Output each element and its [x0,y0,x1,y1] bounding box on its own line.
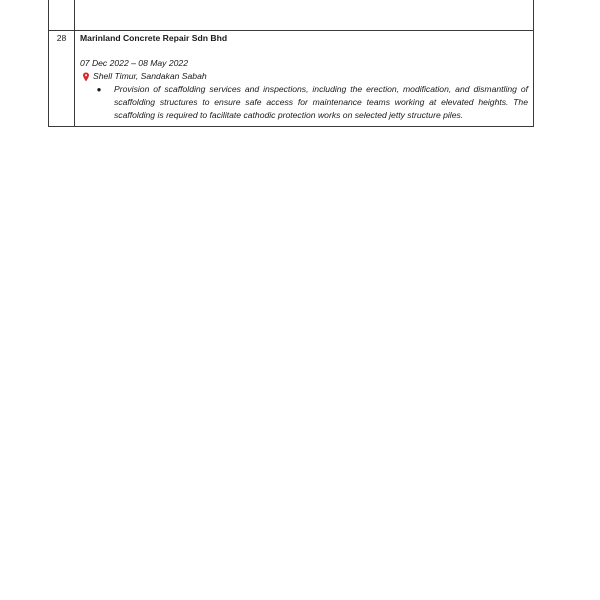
location-text: Shell Timur, Sandakan Sabah [93,70,207,83]
scope-list: ● Provision of scaffolding services and … [80,83,528,122]
location: Shell Timur, Sandakan Sabah [80,70,528,83]
table-row-previous: compartment, painting the whole body, pr… [49,0,534,31]
date-range: 07 Dec 2022 – 08 May 2022 [80,57,528,70]
project-table: compartment, painting the whole body, pr… [48,0,534,127]
previous-description: compartment, painting the whole body, pr… [80,0,528,2]
row-content-cell: Marinland Concrete Repair Sdn Bhd 07 Dec… [75,31,534,127]
row-number: 28 [49,31,75,127]
map-pin-icon [82,72,90,82]
bullet-icon: ● [80,83,114,122]
company-name: Marinland Concrete Repair Sdn Bhd [80,32,528,45]
list-item: ● Provision of scaffolding services and … [80,83,528,122]
row-content-cell: compartment, painting the whole body, pr… [75,0,534,31]
scope-description: Provision of scaffolding services and in… [114,83,528,122]
table-row: 28 Marinland Concrete Repair Sdn Bhd 07 … [49,31,534,127]
row-number-cell [49,0,75,31]
